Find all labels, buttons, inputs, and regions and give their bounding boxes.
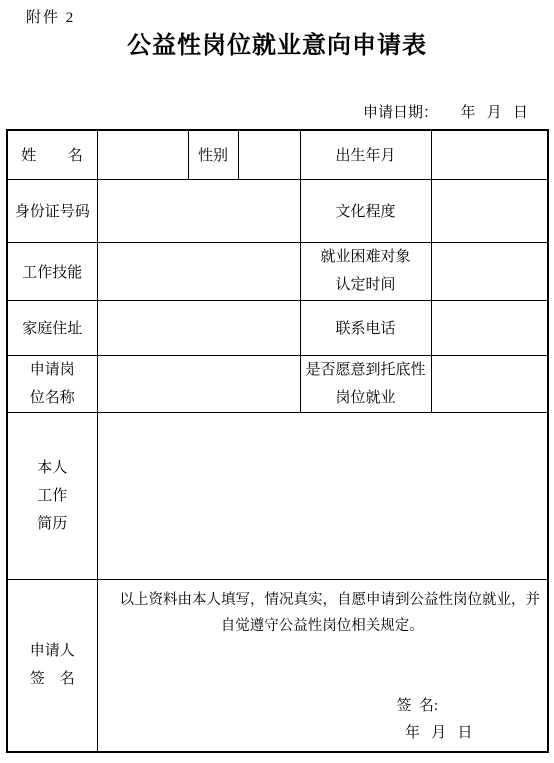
phone-label: 联系电话 (335, 321, 395, 337)
position-name-label-cell: 申请岗 位名称 (7, 355, 97, 412)
difficulty-recognition-value-cell[interactable] (431, 242, 548, 300)
position-name-label-line1: 申请岗 (10, 356, 95, 384)
difficulty-recognition-label-cell: 就业困难对象 认定时间 (300, 242, 431, 300)
resume-value-cell[interactable] (97, 412, 548, 579)
gender-label-cell: 性别 (188, 130, 238, 179)
signature-date-line[interactable]: 年 月 日 (333, 723, 546, 743)
address-value-cell[interactable] (97, 300, 300, 355)
skills-label-cell: 工作技能 (7, 242, 97, 300)
address-label: 家庭住址 (22, 321, 82, 337)
table-row: 本人 工作 简历 (7, 412, 548, 579)
willingness-value-cell[interactable] (431, 355, 548, 412)
willingness-label-cell: 是否愿意到托底性 岗位就业 (300, 355, 431, 412)
gender-value-cell[interactable] (238, 130, 300, 179)
position-name-label-line2: 位名称 (10, 384, 95, 412)
signature-name-line[interactable]: 签 名: (290, 696, 546, 716)
birthdate-label-cell: 出生年月 (300, 130, 431, 179)
table-row: 工作技能 就业困难对象 认定时间 (7, 242, 548, 300)
birthdate-label: 出生年月 (335, 148, 395, 164)
resume-label-line3: 简历 (10, 510, 95, 538)
resume-label-cell: 本人 工作 简历 (7, 412, 97, 579)
education-label: 文化程度 (335, 204, 395, 220)
applicant-signature-label-cell: 申请人 签 名 (7, 579, 97, 752)
willingness-label-line2: 岗位就业 (303, 384, 429, 412)
application-form-table: 姓 名 性别 出生年月 身份证号码 文化程度 工作技能 (6, 129, 549, 753)
education-value-cell[interactable] (431, 179, 548, 242)
difficulty-recognition-label-line2: 认定时间 (303, 271, 429, 299)
skills-label: 工作技能 (22, 265, 82, 281)
table-row: 家庭住址 联系电话 (7, 300, 548, 355)
id-number-value-cell[interactable] (97, 179, 300, 242)
attachment-number-label: 附件 2 (26, 6, 75, 27)
declaration-text: 以上资料由本人填写，情况真实，自愿申请到公益性岗位就业，并自觉遵守公益性岗位相关… (100, 587, 546, 639)
difficulty-recognition-label-line1: 就业困难对象 (303, 243, 429, 271)
name-value-cell[interactable] (97, 130, 188, 179)
table-row: 姓 名 性别 出生年月 (7, 130, 548, 179)
form-document-page: 附件 2 公益性岗位就业意向申请表 申请日期： 年 月 日 姓 名 性别 出生年… (0, 0, 554, 763)
applicant-signature-label-line2: 签 名 (10, 665, 95, 693)
phone-value-cell[interactable] (431, 300, 548, 355)
birthdate-value-cell[interactable] (431, 130, 548, 179)
willingness-label-line1: 是否愿意到托底性 (303, 356, 429, 384)
skills-value-cell[interactable] (97, 242, 300, 300)
position-name-value-cell[interactable] (97, 355, 300, 412)
education-label-cell: 文化程度 (300, 179, 431, 242)
table-row: 申请岗 位名称 是否愿意到托底性 岗位就业 (7, 355, 548, 412)
phone-label-cell: 联系电话 (300, 300, 431, 355)
table-row: 身份证号码 文化程度 (7, 179, 548, 242)
applicant-signature-label-line1: 申请人 (10, 637, 95, 665)
name-label-cell: 姓 名 (7, 130, 97, 179)
name-label: 姓 名 (21, 148, 83, 164)
table-row: 申请人 签 名 以上资料由本人填写，情况真实，自愿申请到公益性岗位就业，并自觉遵… (7, 579, 548, 752)
id-number-label-cell: 身份证号码 (7, 179, 97, 242)
id-number-label: 身份证号码 (15, 204, 90, 220)
application-date-line[interactable]: 申请日期： 年 月 日 (363, 101, 528, 122)
resume-label-line1: 本人 (10, 454, 95, 482)
declaration-cell: 以上资料由本人填写，情况真实，自愿申请到公益性岗位就业，并自觉遵守公益性岗位相关… (97, 579, 548, 752)
resume-label-line2: 工作 (10, 482, 95, 510)
form-title: 公益性岗位就业意向申请表 (0, 25, 554, 60)
address-label-cell: 家庭住址 (7, 300, 97, 355)
gender-label: 性别 (198, 148, 228, 164)
